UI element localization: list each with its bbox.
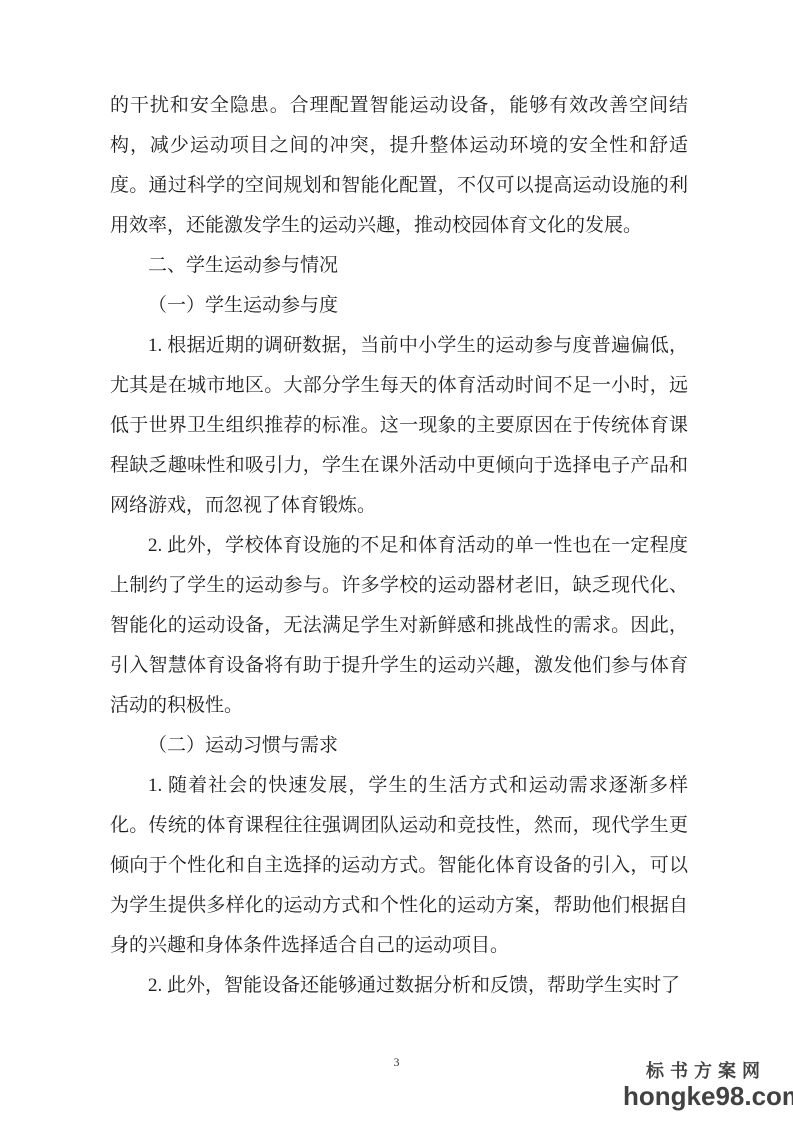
- paragraph-habits-2-truncated: 2. 此外，智能设备还能够通过数据分析和反馈，帮助学生实时了: [110, 966, 688, 1006]
- watermark-site-url: hongke98.com: [623, 1083, 783, 1109]
- subsection-heading-2-2: （二）运动习惯与需求: [110, 726, 688, 766]
- watermark-site-name: 标书方案网: [623, 1062, 783, 1080]
- paragraph-participation-1: 1. 根据近期的调研数据，当前中小学生的运动参与度普遍偏低，尤其是在城市地区。大…: [110, 326, 688, 526]
- subsection-heading-2-1: （一）学生运动参与度: [110, 286, 688, 326]
- paragraph-habits-1: 1. 随着社会的快速发展，学生的生活方式和运动需求逐渐多样化。传统的体育课程往往…: [110, 766, 688, 966]
- document-body: 的干扰和安全隐患。合理配置智能运动设备，能够有效改善空间结构，减少运动项目之间的…: [110, 86, 688, 1006]
- paragraph-participation-2: 2. 此外，学校体育设施的不足和体育活动的单一性也在一定程度上制约了学生的运动参…: [110, 526, 688, 726]
- section-heading-2: 二、学生运动参与情况: [110, 246, 688, 286]
- paragraph-continuation: 的干扰和安全隐患。合理配置智能运动设备，能够有效改善空间结构，减少运动项目之间的…: [110, 86, 688, 246]
- site-watermark: 标书方案网 hongke98.com: [623, 1062, 783, 1109]
- document-page: 的干扰和安全隐患。合理配置智能运动设备，能够有效改善空间结构，减少运动项目之间的…: [0, 0, 793, 1122]
